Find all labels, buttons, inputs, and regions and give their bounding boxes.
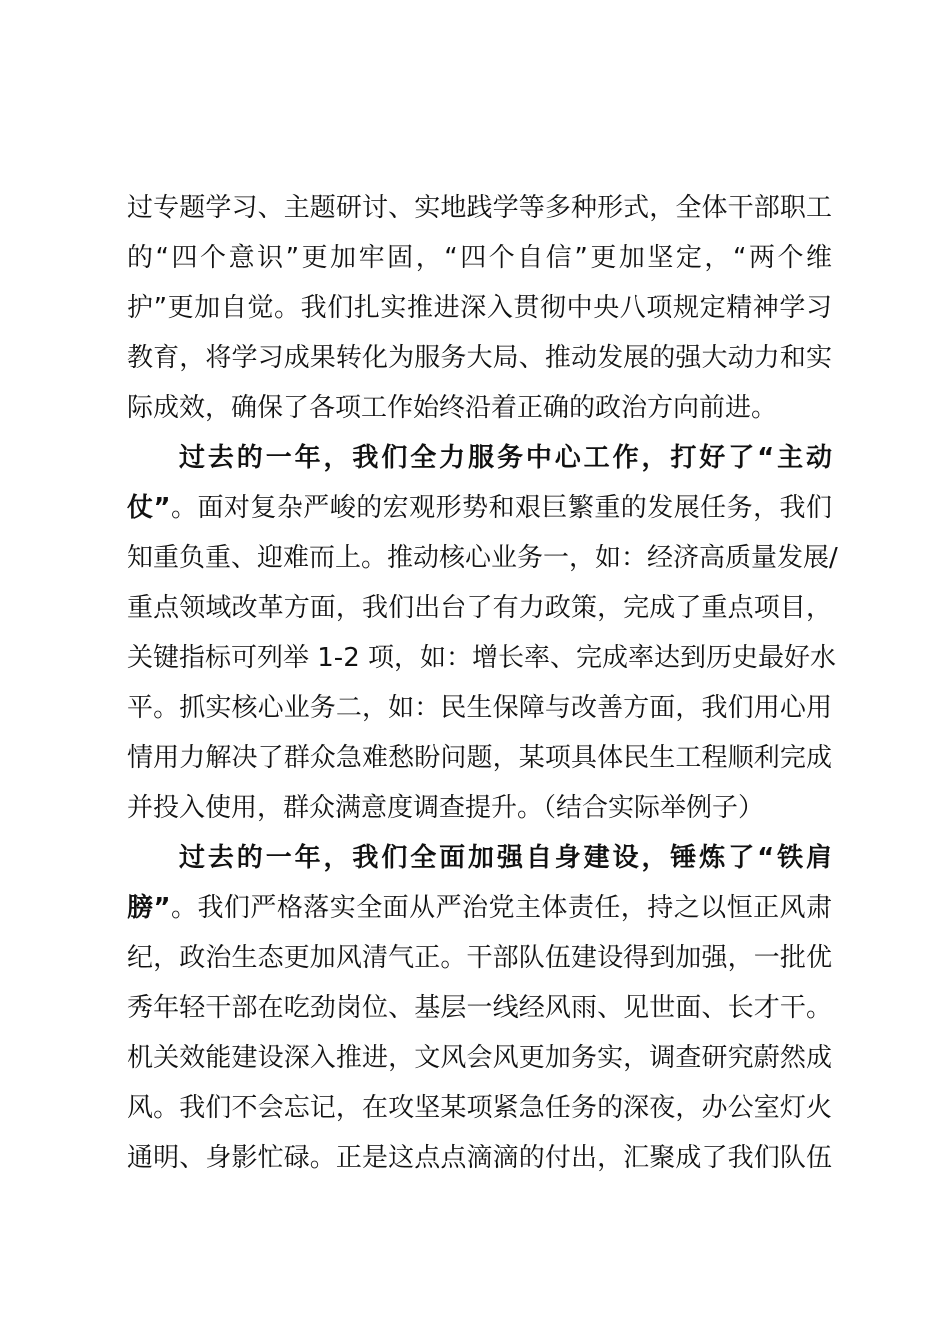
paragraph-1: 过专题学习、主题研讨、实地践学等多种形式，全体干部职工 的“四个意识”更加牢固，…	[127, 183, 832, 433]
text-line: 平。抓实核心业务二，如：民生保障与改善方面，我们用心用	[127, 683, 832, 733]
text-line: 际成效，确保了各项工作始终沿着正确的政治方向前进。	[127, 383, 832, 433]
text-line: 的“四个意识”更加牢固，“四个自信”更加坚定，“两个维	[127, 233, 832, 283]
text-line: 教育，将学习成果转化为服务大局、推动发展的强大动力和实	[127, 333, 832, 383]
paragraph-3: 过去的一年，我们全面加强自身建设，锤炼了“铁肩 膀”。我们严格落实全面从严治党主…	[127, 833, 832, 1183]
text-line: 风。我们不会忘记，在攻坚某项紧急任务的深夜，办公室灯火	[127, 1083, 832, 1133]
text-line: 关键指标可列举 1-2 项，如：增长率、完成率达到历史最好水	[127, 633, 832, 683]
text-line: 机关效能建设深入推进，文风会风更加务实，调查研究蔚然成	[127, 1033, 832, 1083]
text-line: 重点领域改革方面，我们出台了有力政策，完成了重点项目，	[127, 583, 832, 633]
document-body: 过专题学习、主题研讨、实地践学等多种形式，全体干部职工 的“四个意识”更加牢固，…	[127, 183, 832, 1183]
text-line: 情用力解决了群众急难愁盼问题，某项具体民生工程顺利完成	[127, 733, 832, 783]
text-line: 过专题学习、主题研讨、实地践学等多种形式，全体干部职工	[127, 183, 832, 233]
text-line: 纪，政治生态更加风清气正。干部队伍建设得到加强，一批优	[127, 933, 832, 983]
heading-tail: 仗”	[127, 493, 171, 523]
text-line: 知重负重、迎难而上。推动核心业务一，如：经济高质量发展/	[127, 533, 832, 583]
paragraph-2: 过去的一年，我们全力服务中心工作，打好了“主动 仗”。面对复杂严峻的宏观形势和艰…	[127, 433, 832, 833]
paragraph-heading: 过去的一年，我们全面加强自身建设，锤炼了“铁肩	[127, 833, 832, 883]
paragraph-heading: 过去的一年，我们全力服务中心工作，打好了“主动	[127, 433, 832, 483]
heading-tail: 膀”	[127, 893, 171, 923]
text-line: 通明、身影忙碌。正是这点点滴滴的付出，汇聚成了我们队伍	[127, 1133, 832, 1183]
text-line: 秀年轻干部在吃劲岗位、基层一线经风雨、见世面、长才干。	[127, 983, 832, 1033]
text-line: 并投入使用，群众满意度调查提升。（结合实际举例子）	[127, 783, 832, 833]
text-line: 护”更加自觉。我们扎实推进深入贯彻中央八项规定精神学习	[127, 283, 832, 333]
text-span: 。面对复杂严峻的宏观形势和艰巨繁重的发展任务，我们	[171, 493, 832, 523]
text-line: 膀”。我们严格落实全面从严治党主体责任，持之以恒正风肃	[127, 883, 832, 933]
text-line: 仗”。面对复杂严峻的宏观形势和艰巨繁重的发展任务，我们	[127, 483, 832, 533]
document-page: 过专题学习、主题研讨、实地践学等多种形式，全体干部职工 的“四个意识”更加牢固，…	[0, 0, 950, 1344]
text-span: 。我们严格落实全面从严治党主体责任，持之以恒正风肃	[171, 893, 832, 923]
